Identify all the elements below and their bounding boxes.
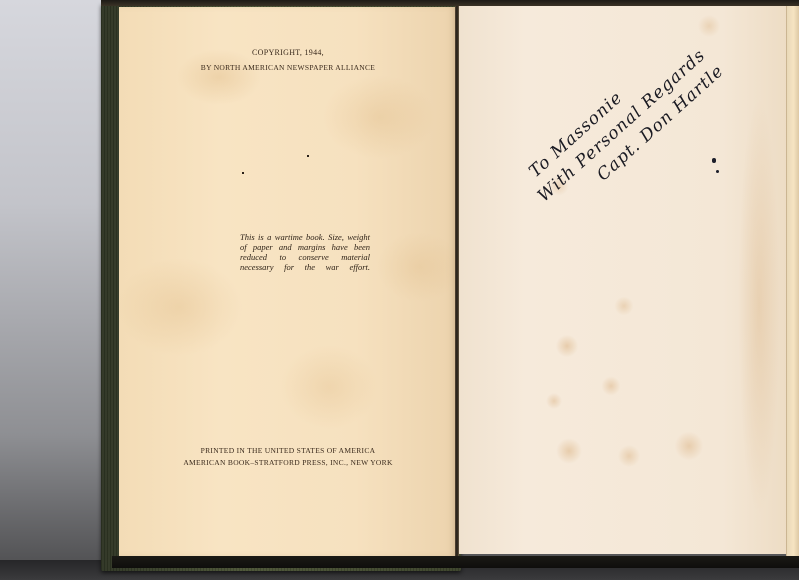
book-gutter — [455, 6, 459, 556]
wartime-book-notice: This is a wartime book. Size, weight of … — [240, 232, 370, 272]
print-speck — [307, 155, 309, 157]
copyright-holder: By North American Newspaper Alliance — [119, 63, 457, 72]
copyright-year: Copyright, 1944, — [119, 48, 457, 57]
printed-in-notice: Printed in the United States of America — [119, 446, 457, 455]
ink-blot — [712, 158, 716, 163]
print-speck — [242, 172, 244, 174]
ink-blot — [716, 170, 719, 173]
copyright-page — [119, 7, 457, 556]
book-cover-bottom-edge — [112, 556, 799, 568]
photo-scene: Copyright, 1944, By North American Newsp… — [0, 0, 799, 580]
publisher-imprint: American Book–Stratford Press, Inc., New… — [119, 458, 457, 467]
page-block-edge — [786, 6, 799, 556]
